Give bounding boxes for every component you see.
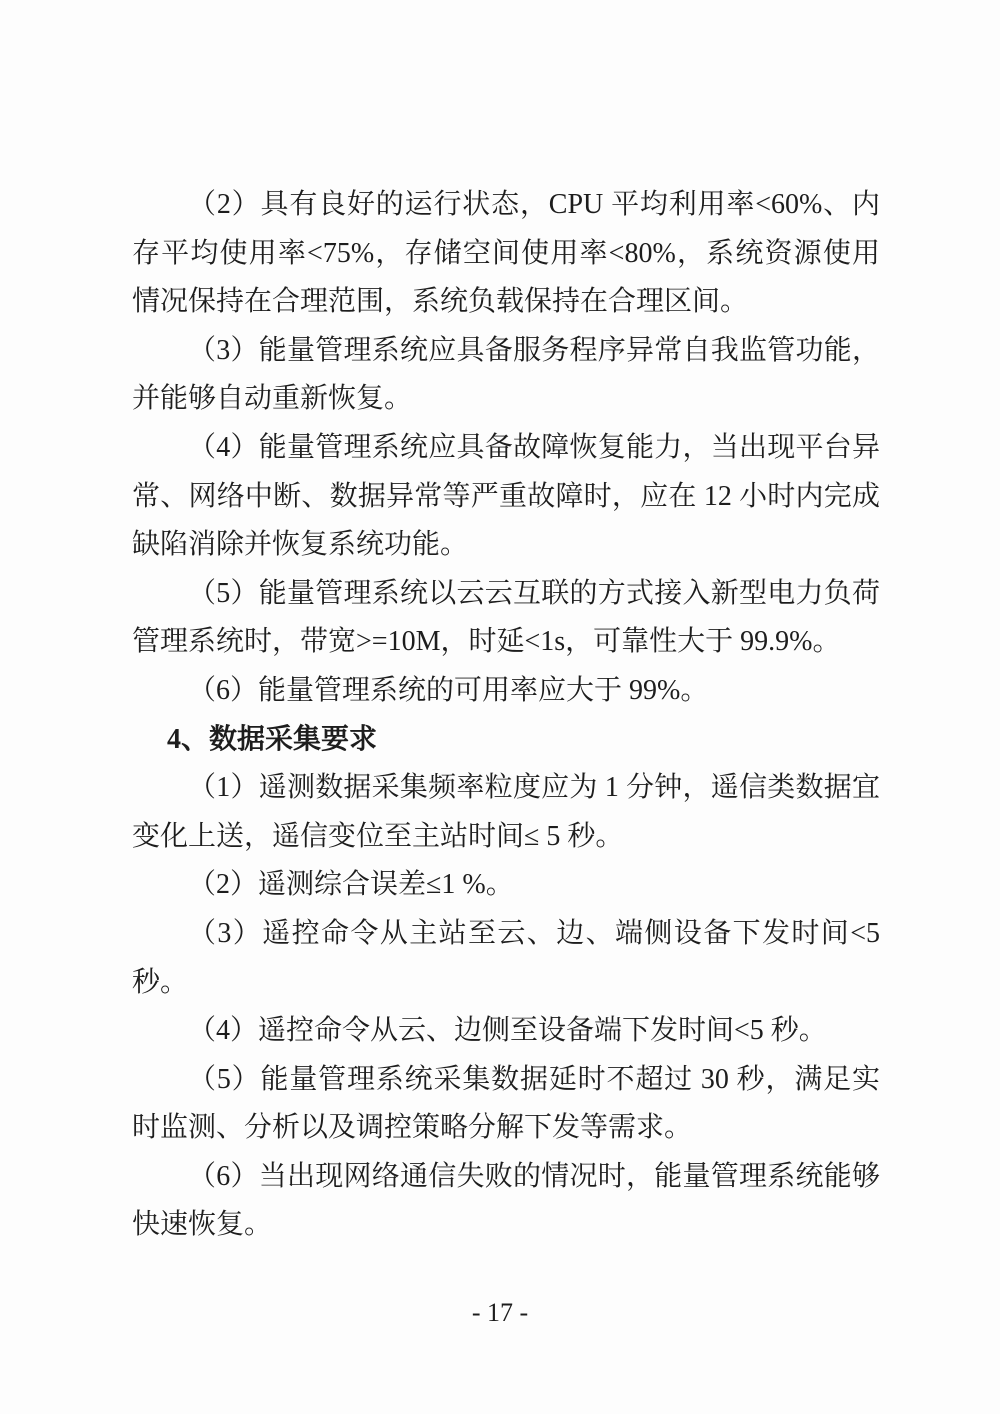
section-heading-data-collection: 4、数据采集要求	[132, 716, 880, 765]
paragraph-remote-control-master: （3）遥控命令从主站至云、边、端侧设备下发时间<5 秒。	[132, 910, 880, 1007]
paragraph-cloud-interconnect: （5）能量管理系统以云云互联的方式接入新型电力负荷管理系统时，带宽>=10M，时…	[132, 570, 880, 667]
document-body: （2）具有良好的运行状态，CPU 平均利用率<60%、内存平均使用率<75%，存…	[132, 181, 880, 1250]
paragraph-fault-recovery: （4）能量管理系统应具备故障恢复能力，当出现平台异常、网络中断、数据异常等严重故…	[132, 424, 880, 570]
paragraph-runtime-status: （2）具有良好的运行状态，CPU 平均利用率<60%、内存平均使用率<75%，存…	[132, 181, 880, 327]
paragraph-remote-control-edge: （4）遥控命令从云、边侧至设备端下发时间<5 秒。	[132, 1007, 880, 1056]
paragraph-availability: （6）能量管理系统的可用率应大于 99%。	[132, 667, 880, 716]
paragraph-self-monitoring: （3）能量管理系统应具备服务程序异常自我监管功能，并能够自动重新恢复。	[132, 327, 880, 424]
paragraph-telemetry-error: （2）遥测综合误差≤1 %。	[132, 861, 880, 910]
paragraph-telemetry-frequency: （1）遥测数据采集频率粒度应为 1 分钟，遥信类数据宜变化上送，遥信变位至主站时…	[132, 764, 880, 861]
paragraph-network-failure-recovery: （6）当出现网络通信失败的情况时，能量管理系统能够快速恢复。	[132, 1153, 880, 1250]
document-page: （2）具有良好的运行状态，CPU 平均利用率<60%、内存平均使用率<75%，存…	[0, 0, 1000, 1414]
page-number: - 17 -	[472, 1298, 528, 1327]
paragraph-data-delay: （5）能量管理系统采集数据延时不超过 30 秒，满足实时监测、分析以及调控策略分…	[132, 1056, 880, 1153]
page-footer: - 17 -	[0, 1298, 1000, 1328]
